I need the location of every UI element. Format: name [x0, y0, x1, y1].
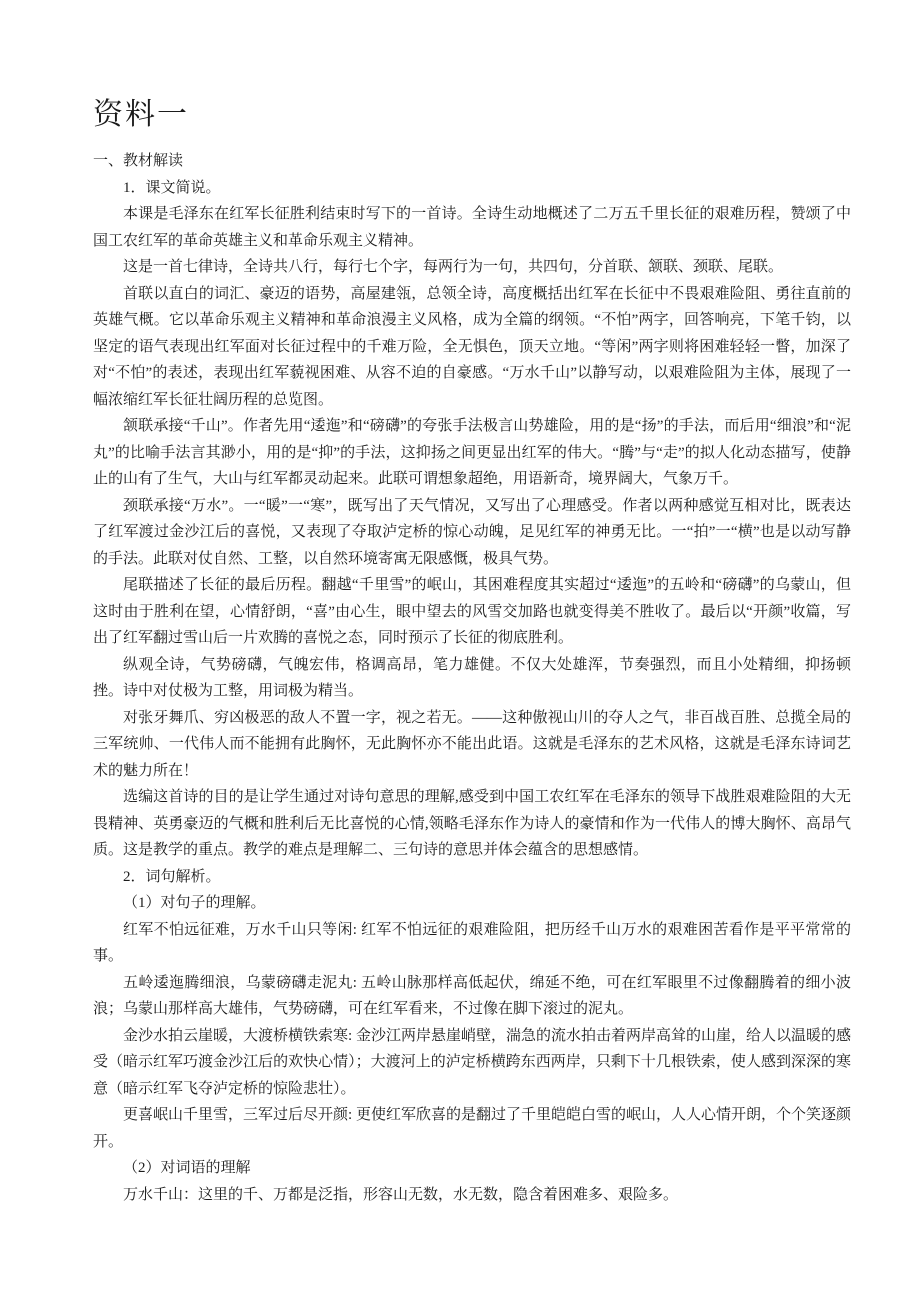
- paragraph: 金沙水拍云崖暖，大渡桥横铁索寒: 金沙江两岸悬崖峭壁，湍急的流水拍击着两岸高耸的…: [93, 1023, 851, 1103]
- paragraph: 万水千山：这里的千、万都是泛指，形容山无数，水无数，隐含着困难多、艰险多。: [93, 1182, 851, 1209]
- paragraph: 选编这首诗的目的是让学生通过对诗句意思的理解,感受到中国工农红军在毛泽东的领导下…: [93, 784, 851, 864]
- paragraph: 尾联描述了长征的最后历程。翻越“千里雪”的岷山，其困难程度其实超过“逶迤”的五岭…: [93, 572, 851, 652]
- paragraph: 本课是毛泽东在红军长征胜利结束时写下的一首诗。全诗生动地概述了二万五千里长征的艰…: [93, 201, 851, 254]
- paragraph: 对张牙舞爪、穷凶极恶的敌人不置一字，视之若无。——这种傲视山川的夺人之气，非百战…: [93, 705, 851, 785]
- numbered-item-ciyu-lijie: （2）对词语的理解: [93, 1155, 851, 1182]
- paragraph: 颈联承接“万水”。一“暖”一“寒”，既写出了天气情况，又写出了心理感受。作者以两…: [93, 493, 851, 573]
- paragraph: 颔联承接“千山”。作者先用“逶迤”和“磅礴”的夸张手法极言山势雄险，用的是“扬”…: [93, 413, 851, 493]
- paragraph: 更喜岷山千里雪，三军过后尽开颜: 更使红军欣喜的是翻过了千里皑皑白雪的岷山，人人…: [93, 1102, 851, 1155]
- page-title-text: 资料一: [93, 98, 189, 131]
- paragraph: 五岭逶迤腾细浪，乌蒙磅礴走泥丸: 五岭山脉那样高低起伏，绵延不绝，可在红军眼里不…: [93, 970, 851, 1023]
- document-page: 资料一 一、教材解读 1．课文简说。 本课是毛泽东在红军长征胜利结束时写下的一首…: [0, 0, 920, 1290]
- paragraph: 纵观全诗，气势磅礴，气魄宏伟，格调高昂，笔力雄健。不仅大处雄浑，节奏强烈，而且小…: [93, 652, 851, 705]
- document-content: 资料一 一、教材解读 1．课文简说。 本课是毛泽东在红军长征胜利结束时写下的一首…: [93, 96, 851, 1208]
- numbered-item-juzi-lijie: （1）对句子的理解。: [93, 890, 851, 917]
- numbered-item-ciju-jiexi: 2．词句解析。: [93, 864, 851, 891]
- section-heading-jiaocai-jiedu: 一、教材解读: [93, 148, 851, 175]
- paragraph: 首联以直白的词汇、豪迈的语势，高屋建瓴，总领全诗，高度概括出红军在长征中不畏艰难…: [93, 281, 851, 414]
- numbered-item-kewen-jianshuo: 1．课文简说。: [93, 175, 851, 202]
- page-title: 资料一: [93, 96, 851, 134]
- paragraph: 红军不怕远征难，万水千山只等闲: 红军不怕远征的艰难险阻，把历经千山万水的艰难困…: [93, 917, 851, 970]
- paragraph: 这是一首七律诗，全诗共八行，每行七个字，每两行为一句，共四句，分首联、颔联、颈联…: [93, 254, 851, 281]
